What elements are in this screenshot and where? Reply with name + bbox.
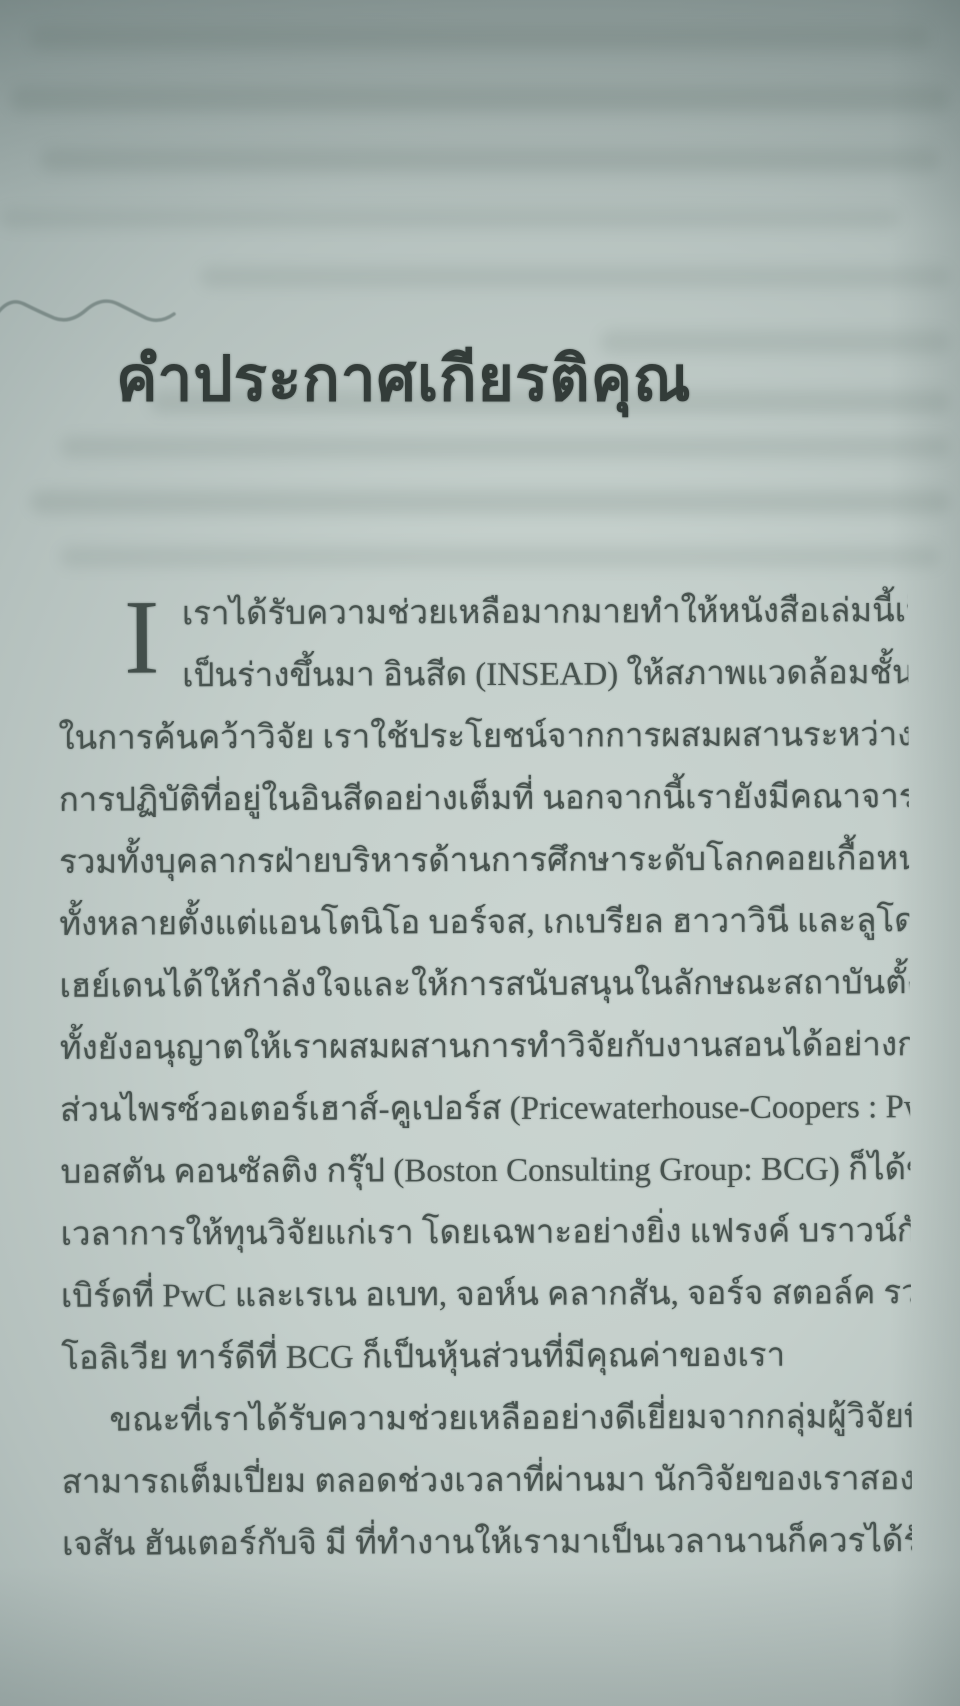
squiggle-mark: [0, 288, 194, 336]
text-line: ส่วนไพรซ์วอเตอร์เฮาส์-คูเปอร์ส (Pricewat…: [60, 1076, 910, 1142]
text-line: ในการค้นคว้าวิจัย เราใช้ประโยชน์จากการผส…: [58, 704, 908, 770]
text-line: โอลิเวีย ทาร์ดีที่ BCG ก็เป็นหุ้นส่วนที่…: [61, 1324, 911, 1390]
text-line: เวลาการให้ทุนวิจัยแก่เรา โดยเฉพาะอย่างยิ…: [61, 1200, 911, 1266]
text-line: การปฏิบัติที่อยู่ในอินสีดอย่างเต็มที่ นอ…: [59, 766, 909, 832]
bleed-through-stripe: [10, 86, 950, 112]
top-shadow: [0, 0, 960, 230]
text-line: ขณะที่เราได้รับความช่วยเหลืออย่างดีเยี่ย…: [61, 1386, 911, 1452]
bleed-through-stripe: [60, 436, 950, 458]
page-title: คำประกาศเกียรติคุณ: [116, 330, 692, 428]
body-text: I เราได้รับความช่วยเหลือมากมายทำให้หนังส…: [58, 580, 912, 1576]
text-line: สามารถเต็มเปี่ยม ตลอดช่วงเวลาที่ผ่านมา น…: [62, 1448, 912, 1514]
bleed-through-stripe: [40, 148, 940, 172]
bleed-through-stripe: [0, 208, 900, 230]
drop-cap: I: [124, 589, 160, 685]
text-line: เฮย์เดนได้ให้กำลังใจและให้การสนับสนุนในล…: [59, 952, 909, 1018]
text-line: ทั้งหลายตั้งแต่แอนโตนิโอ บอร์จส, เกเบรีย…: [59, 890, 909, 956]
text-line: เจสัน ฮันเตอร์กับจิ มี ที่ทำงานให้เรามาเ…: [62, 1510, 912, 1576]
bleed-through-stripe: [60, 546, 940, 568]
text-line: เบิร์ดที่ PwC และเรเน อเบท, จอห์น คลากสั…: [61, 1262, 911, 1328]
bleed-through-stripe: [30, 490, 950, 514]
text-line: บอสตัน คอนซัลติง กรุ๊ป (Boston Consultin…: [60, 1138, 910, 1204]
book-page-photo: คำประกาศเกียรติคุณ I เราได้รับความช่วยเห…: [0, 0, 960, 1706]
text-line: ทั้งยังอนุญาตให้เราผสมผสานการทำวิจัยกับง…: [60, 1014, 910, 1080]
bleed-through-stripe: [200, 266, 950, 288]
bleed-through-stripe: [30, 26, 930, 50]
text-line: เราได้รับความช่วยเหลือมากมายทำให้หนังสือ…: [58, 580, 908, 646]
bottom-shadow: [0, 1566, 960, 1706]
text-line: เป็นร่างขึ้นมา อินสีด (INSEAD) ให้สภาพแว…: [58, 642, 908, 708]
text-line: รวมทั้งบุคลากรฝ่ายบริหารด้านการศึกษาระดั…: [59, 828, 909, 894]
